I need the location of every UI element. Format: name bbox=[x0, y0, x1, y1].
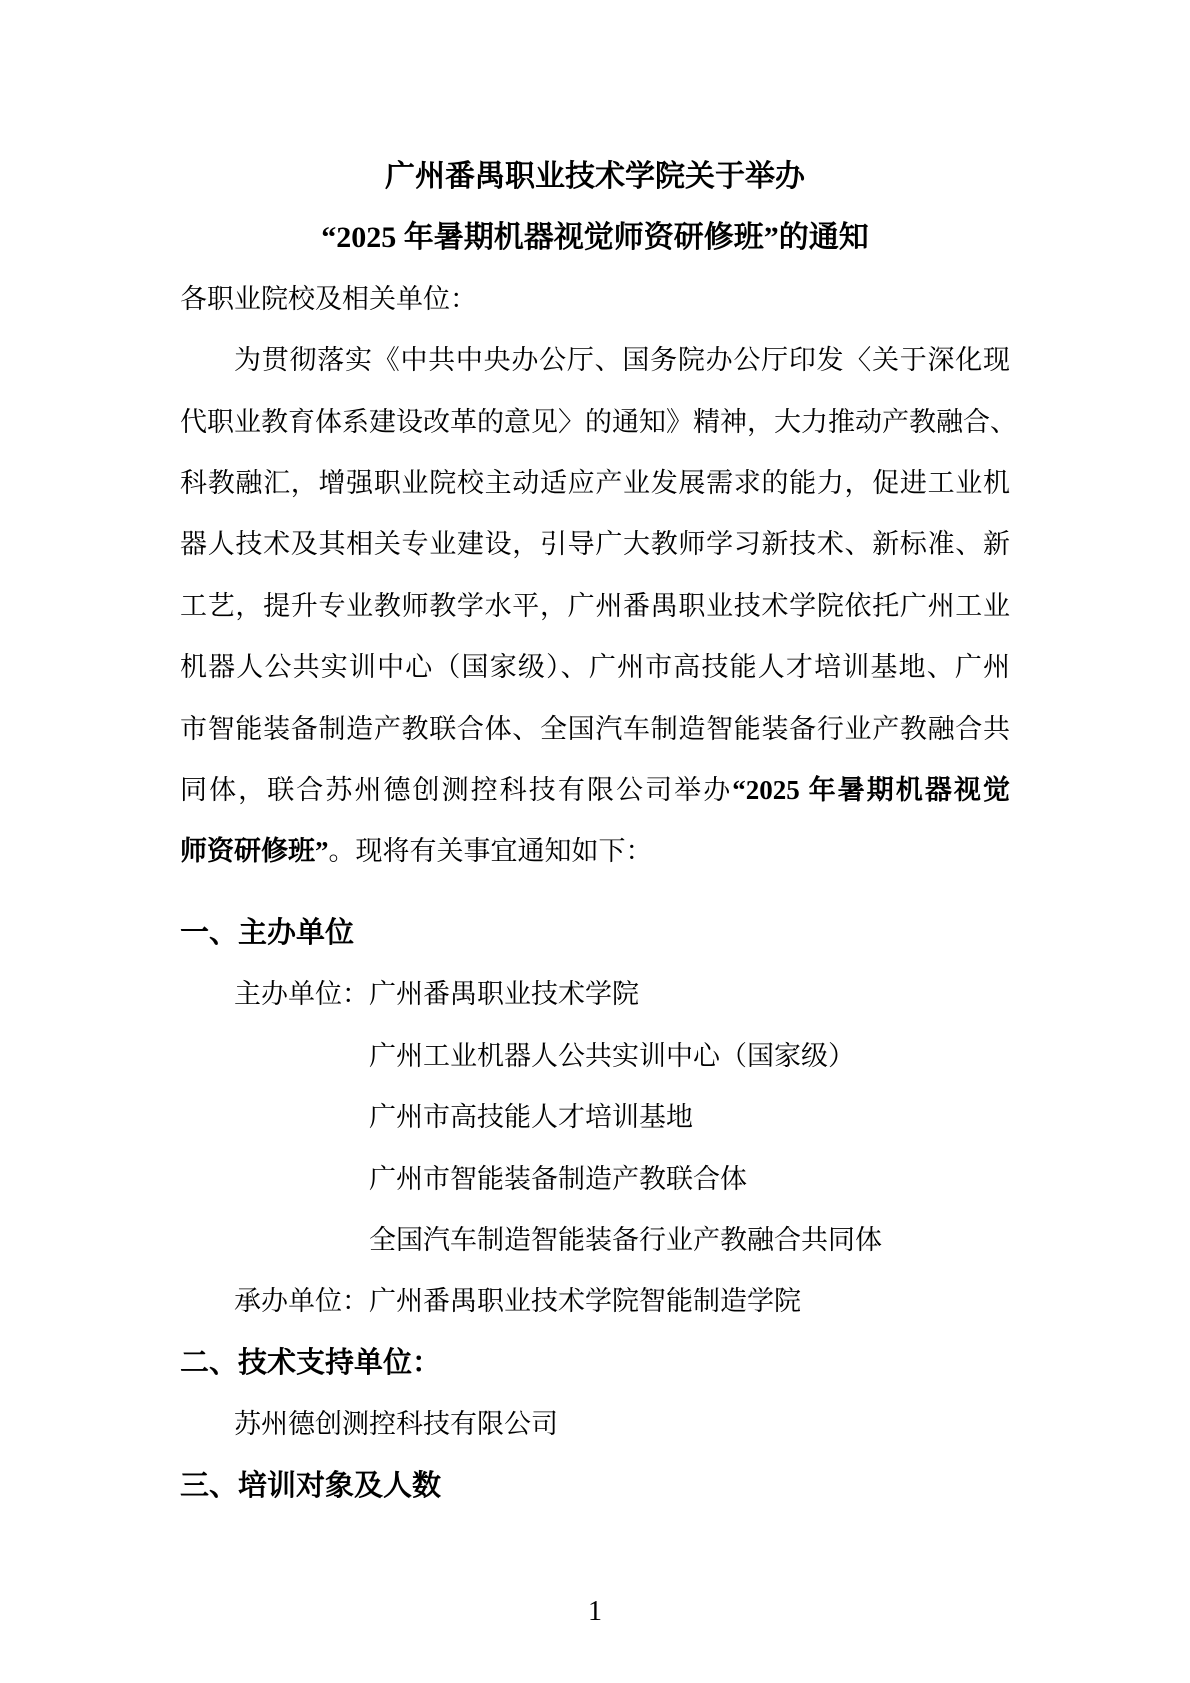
intro-line-1: 为贯彻落实《中共中央办公厅、国务院办公厅印发〈关于深化现 bbox=[180, 330, 1010, 391]
intro-line-8-normal: 同体，联合苏州德创测控科技有限公司举办 bbox=[180, 775, 732, 805]
document-content: 广州番禺职业技术学院关于举办 “2025 年暑期机器视觉师资研修班”的通知 各职… bbox=[180, 0, 1010, 1517]
section-3-heading: 三、培训对象及人数 bbox=[180, 1456, 1010, 1517]
organizer-value: 广州番禺职业技术学院智能制造学院 bbox=[369, 1286, 801, 1316]
doc-title-line-2: “2025 年暑期机器视觉师资研修班”的通知 bbox=[180, 207, 1010, 268]
intro-line-9-bold: 师资研修班” bbox=[180, 836, 329, 866]
intro-line-4: 器人技术及其相关专业建设，引导广大教师学习新技术、新标准、新 bbox=[180, 514, 1010, 575]
intro-line-7: 市智能装备制造产教联合体、全国汽车制造智能装备行业产教融合共 bbox=[180, 699, 1010, 760]
host-unit-value-5: 全国汽车制造智能装备行业产教融合共同体 bbox=[369, 1210, 1010, 1271]
intro-line-8: 同体，联合苏州德创测控科技有限公司举办“2025 年暑期机器视觉 bbox=[180, 760, 1010, 821]
intro-line-6: 机器人公共实训中心（国家级）、广州市高技能人才培训基地、广州 bbox=[180, 637, 1010, 698]
salutation: 各职业院校及相关单位： bbox=[180, 269, 1010, 330]
page-number: 1 bbox=[0, 1596, 1190, 1628]
doc-title-line-1: 广州番禺职业技术学院关于举办 bbox=[180, 146, 1010, 207]
section-2-heading: 二、技术支持单位： bbox=[180, 1333, 1010, 1394]
organizer-label: 承办单位： bbox=[234, 1286, 369, 1316]
section-1-heading: 一、主办单位 bbox=[180, 903, 1010, 964]
intro-line-2: 代职业教育体系建设改革的意见〉的通知》精神，大力推动产教融合、 bbox=[180, 392, 1010, 453]
host-unit-value-1: 广州番禺职业技术学院 bbox=[369, 979, 639, 1009]
intro-line-8-bold: “2025 年暑期机器视觉 bbox=[732, 775, 1010, 805]
intro-line-9: 师资研修班”。现将有关事宜通知如下： bbox=[180, 821, 1010, 882]
intro-line-3: 科教融汇，增强职业院校主动适应产业发展需求的能力，促进工业机 bbox=[180, 453, 1010, 514]
intro-line-5: 工艺，提升专业教师教学水平，广州番禺职业技术学院依托广州工业 bbox=[180, 576, 1010, 637]
host-unit-line-1: 主办单位：广州番禺职业技术学院 bbox=[180, 964, 1010, 1025]
organizer-line: 承办单位：广州番禺职业技术学院智能制造学院 bbox=[180, 1271, 1010, 1332]
tech-support-unit: 苏州德创测控科技有限公司 bbox=[180, 1394, 1010, 1455]
host-unit-value-4: 广州市智能装备制造产教联合体 bbox=[369, 1149, 1010, 1210]
intro-line-9-normal: 。现将有关事宜通知如下： bbox=[329, 836, 653, 866]
document-page: 广州番禺职业技术学院关于举办 “2025 年暑期机器视觉师资研修班”的通知 各职… bbox=[0, 0, 1190, 1683]
host-unit-value-2: 广州工业机器人公共实训中心（国家级） bbox=[369, 1026, 1010, 1087]
host-unit-value-3: 广州市高技能人才培训基地 bbox=[369, 1087, 1010, 1148]
host-unit-label: 主办单位： bbox=[234, 979, 369, 1009]
